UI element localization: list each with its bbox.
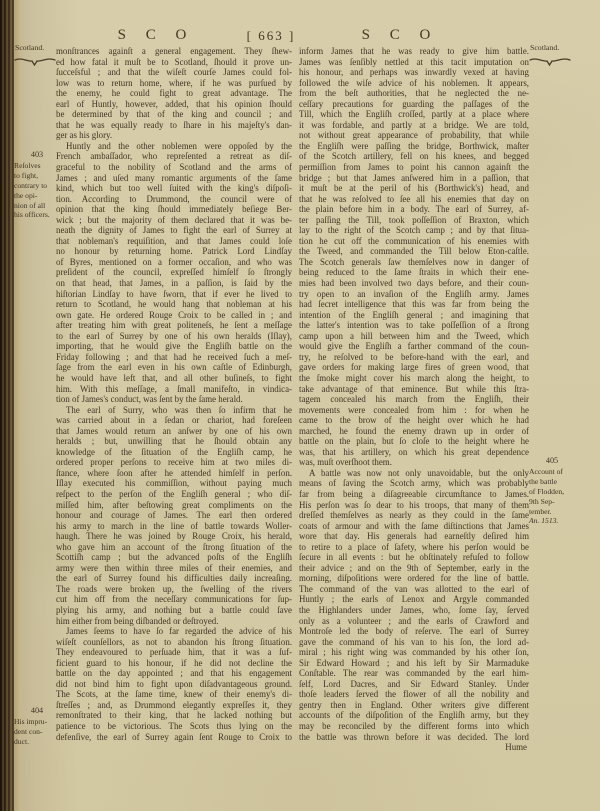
text-line: of Byres, mentioned on a former occaſion… [56, 257, 292, 268]
text-line: Till, which the Engliſh croſſed, partly … [299, 109, 529, 120]
text-line: tion of James's conduct, was ſent by the… [56, 394, 292, 405]
text-line: battle on the plain, but ſo cloſe to the… [299, 436, 529, 447]
text-line: movements were concealed from him : for … [299, 405, 529, 416]
text-line: They endeavoured to perſuade him, that i… [56, 647, 292, 658]
text-line: the earl of Surrey found his difficultie… [56, 573, 292, 584]
note-line: the opi- [14, 191, 60, 201]
note-number: 404 [14, 706, 60, 716]
text-line: haugh. There he was joined by Rouge Croi… [56, 531, 292, 542]
margin-note-403: 403Reſolvesto fight,contrary tothe opi-n… [14, 150, 60, 220]
text-line: ficient guard to his honour, if he did n… [56, 658, 292, 669]
text-line: ed how fatal it muſt be to Scotland, ſho… [56, 57, 292, 68]
text-line: try, he reſolved to be before-hand with … [299, 352, 529, 363]
text-line: ſecure in all events : but he obſtinatel… [299, 552, 529, 563]
left-margin: Scotland. 403Reſolvesto fight,contrary t… [12, 0, 60, 811]
text-line: on that head, that James, in a paſſion, … [56, 278, 292, 289]
text-line: ſelf, Lord Dacres, and Sir Edward Stanle… [299, 679, 529, 690]
text-line: Montroſe led the body of reſerve. The ea… [299, 626, 529, 637]
text-line: miſſed him, after beſtowing great compli… [56, 500, 292, 511]
text-line: was, that his artillery, on which his gr… [299, 447, 529, 458]
note-line: His impru- [14, 717, 60, 727]
text-line: only as a volunteer ; and the earls of C… [299, 616, 529, 627]
note-number: 403 [14, 150, 60, 160]
text-line: cut him off from the neceſſary communica… [56, 594, 292, 605]
text-line: the Tweed, and commanded the Till below … [299, 246, 529, 257]
text-line: James ; and uſed many romantic arguments… [56, 173, 292, 184]
text-line: ſtreſſes ; and, as Drummond elegantly ex… [56, 700, 292, 711]
text-line: marched, he found the enemy drawn up in … [299, 426, 529, 437]
text-line: from the beſt authorities, that he negle… [299, 88, 529, 99]
text-line: A battle was now not only unavoidable, b… [299, 468, 529, 479]
text-line: to retire to a place of ſafety, where hi… [299, 542, 529, 553]
text-line: neath the dignity of James to fight the … [56, 225, 292, 236]
text-line: the ſmoke might cover his march along th… [299, 373, 529, 384]
margin-note-404: 404His impru-dent con-duct. [14, 706, 60, 747]
text-line: accounts of the diſpoſition of the Engli… [299, 710, 529, 721]
text-line: The roads were broken up, the ſwelling o… [56, 584, 292, 595]
text-line: preſident of the council, expreſſed himſ… [56, 267, 292, 278]
text-line: may be reconciled by the different forms… [299, 721, 529, 732]
text-line: it muſt be at the peril of his (Borthwic… [299, 183, 529, 194]
text-line: he would have left that, and all other b… [56, 373, 292, 384]
text-line: honour and courage of James. The earl th… [56, 510, 292, 521]
text-line: low was to return home, where, if he was… [56, 78, 292, 89]
running-title-swash-icon [529, 54, 571, 72]
text-line: the Engliſh were paſſing the bridge, Bor… [299, 141, 529, 152]
note-number: 405 [529, 456, 575, 466]
running-label-left: Scotland. [15, 43, 44, 52]
text-line: knowledge of the ſituation of the Engliſ… [56, 447, 292, 458]
text-line: Huntly and the other noblemen were oppoſ… [56, 141, 292, 152]
text-line: wiſeſt counſellors, as not to abandon hi… [56, 637, 292, 648]
text-line: plying his army, and nothing but a battl… [56, 605, 292, 616]
text-line: intention of the Engliſh general ; and i… [299, 310, 529, 321]
text-line: that he was reſolved to ſee all his enem… [299, 194, 529, 205]
text-line: ceſſary precautions for guarding the paſ… [299, 99, 529, 110]
text-columns: monſtrances againſt a general engagement… [56, 46, 529, 742]
text-line: was carried about in a ſedan or chariot,… [56, 415, 292, 426]
text-line: no honour by returning home. Patrick Lor… [56, 246, 292, 257]
text-line: wick ; but the majority of them declared… [56, 215, 292, 226]
text-line: that nobleman's requiſition, and that Ja… [56, 236, 292, 247]
text-line: ſtance, where ſoon after he attended him… [56, 468, 292, 479]
text-column-right: inform James that he was ready to give h… [299, 46, 529, 742]
text-line: remonſtrated to their king, that he lack… [56, 710, 292, 721]
right-margin: Scotland. 405Account ofthe battleof Flod… [527, 0, 589, 811]
text-line: after treating him with great politeneſs… [56, 320, 292, 331]
text-line: tagem concealed his march from the Engli… [299, 394, 529, 405]
text-line: monſtrances againſt a general engagement… [56, 46, 292, 57]
text-line: army were then within three miles of the… [56, 563, 292, 574]
text-line: his army to march in the line of battle … [56, 521, 292, 532]
text-line: to the earl of Surrey by one of his own … [56, 331, 292, 342]
text-line: try open to an invaſion of the Engliſh a… [299, 289, 529, 300]
text-line: followed the wiſe advice of his noblemen… [299, 78, 529, 89]
text-line: Friday following ; and that had he recei… [56, 352, 292, 363]
text-line: it was fordable, and partly at a bridge.… [299, 120, 529, 131]
text-line: his honour, and perhaps was inwardly vex… [299, 67, 529, 78]
text-line: means of ſaving the Scotch army, which w… [299, 478, 529, 489]
text-line: the battle was thrown before it was deci… [299, 732, 529, 743]
text-line: inform James that he was ready to give h… [299, 46, 529, 57]
text-line: tion. According to Drummond, the council… [56, 194, 292, 205]
text-line: permiſſion from James to point his canno… [299, 162, 529, 173]
text-line: miral ; his right wing was commanded by … [299, 647, 529, 658]
text-line: dreſſed themſelves as nearly as they cou… [299, 510, 529, 521]
text-line: reſpect to the perſon of the Engliſh gen… [56, 489, 292, 500]
running-title-swash-icon [14, 54, 56, 72]
text-line: importing, that he would give the Engliſ… [56, 341, 292, 352]
text-line: The command of the van was allotted to t… [299, 584, 529, 595]
margin-note-405: 405Account ofthe battleof Flodden,9th Se… [529, 456, 575, 526]
text-line: of the Scotch artillery, fell on his kne… [299, 151, 529, 162]
text-line: the plain before him in a body. The earl… [299, 204, 529, 215]
text-line: morning, diſpoſitions were ordered for t… [299, 573, 529, 584]
text-line: the latter's intention was to take poſſe… [299, 320, 529, 331]
note-line: his officers. [14, 210, 60, 220]
text-line: earl of Huntly, however, added, that his… [56, 99, 292, 110]
text-line: that he was equally ready to ſhare in hi… [56, 120, 292, 131]
text-line: gentry then in England. Other writers gi… [299, 700, 529, 711]
note-line: Account of [529, 467, 575, 477]
running-label-right: Scotland. [530, 43, 559, 52]
text-line: The Scots, at the ſame time, knew of the… [56, 689, 292, 700]
note-line: nion of all [14, 201, 60, 211]
note-line: dent con- [14, 727, 60, 737]
text-line: The earl of Surry, who was then ſo infir… [56, 405, 292, 416]
note-line: duct. [14, 737, 60, 747]
text-line: being reduced to the ſame ſtraits in whi… [299, 267, 529, 278]
note-line: An. 1513. [529, 516, 575, 526]
text-line: him either from being diſbanded or deſtr… [56, 616, 292, 627]
text-line: that James would return an anſwer by one… [56, 426, 292, 437]
text-line: Huntly ; the earls of Lenox and Argyle c… [299, 594, 529, 605]
text-line: defenſive, the earl of Surrey again ſent… [56, 732, 292, 743]
text-line: bridge ; but that James anſwered him in … [299, 173, 529, 184]
text-line: came to the brow of the height over whic… [299, 415, 529, 426]
text-line: the enemy, he could fight to great advan… [56, 88, 292, 99]
text-line: The Scotch generals ſaw themſelves now i… [299, 257, 529, 268]
text-line: patience to be victorious. The Scots thu… [56, 721, 292, 732]
text-line: far from being a diſagreeable circumſtan… [299, 489, 529, 500]
text-line: not without great appearance of probabil… [299, 130, 529, 141]
text-line: tion he cut off the communication of his… [299, 236, 529, 247]
text-line: French ambaſſador, who repreſented a ret… [56, 151, 292, 162]
text-line: Conſtable. The rear was commanded by the… [299, 668, 529, 679]
text-line: coats of armour and with the ſame diſtin… [299, 521, 529, 532]
text-line: gave the command of his van to his ſon, … [299, 637, 529, 648]
text-line: opinion that the king ſhould immediately… [56, 204, 292, 215]
text-line: him. With this meſſage, a ſmall manifeſt… [56, 384, 292, 395]
text-line: Sir Edward Howard ; and his left by Sir … [299, 658, 529, 669]
text-line: gave orders for making large fires of gr… [299, 362, 529, 373]
text-line: would give the Engliſh a farther command… [299, 341, 529, 352]
text-line: Iſlay executed his commiſſion, without p… [56, 478, 292, 489]
text-line: kind, which but too well ſuited with the… [56, 183, 292, 194]
text-line: mies had been involved two days before, … [299, 278, 529, 289]
text-line: own gate. He ordered Rouge Croix to be c… [56, 310, 292, 321]
text-line: heralds ; but, unwilling that he ſhould … [56, 436, 292, 447]
text-line: return to Scotland, he would hang that n… [56, 299, 292, 310]
text-line: who gave him an account of the ſtrong ſi… [56, 542, 292, 553]
text-column-left: monſtrances againſt a general engagement… [56, 46, 292, 742]
text-line: thoſe leaders ſerved the flower of all t… [299, 689, 529, 700]
book-page: S C O [ 663 ] S C O Scotland. 403Reſolve… [0, 0, 600, 811]
text-line: Scottiſh camp ; but the advanced poſts o… [56, 552, 292, 563]
note-line: of Flodden, [529, 487, 575, 497]
text-line: ſage from the earl even in his own caſtl… [56, 362, 292, 373]
text-line: wore that day. His generals had earneſtl… [299, 531, 529, 542]
text-line: the Highlanders under James, who, ſome ſ… [299, 605, 529, 616]
text-line: ger as his glory. [56, 130, 292, 141]
note-line: to fight, [14, 171, 60, 181]
running-title-right: S C O [290, 27, 510, 44]
note-line: tember. [529, 507, 575, 517]
text-line: His perſon was ſo dear to his troops, th… [299, 500, 529, 511]
text-line: ter paſſing the Till, took poſſeſſion of… [299, 215, 529, 226]
text-line: take advantage of that eminence. But whi… [299, 384, 529, 395]
text-line: camp upon a hill between him and the Twe… [299, 331, 529, 342]
text-line: battle on the day appointed ; and that h… [56, 668, 292, 679]
text-line: did not bind him to fight upon diſadvant… [56, 679, 292, 690]
text-line: James was ſenſibly nettled at this tacit… [299, 57, 529, 68]
note-line: 9th Sep- [529, 497, 575, 507]
note-line: Reſolves [14, 161, 60, 171]
text-line: hiſtorian Lindſay to have ſworn, that if… [56, 289, 292, 300]
text-line: graceful to the nobility of Scotland and… [56, 162, 292, 173]
note-line: the battle [529, 477, 575, 487]
text-line: their advice ; and on the 9th of Septemb… [299, 563, 529, 574]
text-line: ſucceſsful ; and that the wiſeſt courſe … [56, 67, 292, 78]
text-line: ordered proper perſons to receive him at… [56, 457, 292, 468]
text-line: be determined by that of the king and co… [56, 109, 292, 120]
text-line: had ſecret intelligence that this was fa… [299, 299, 529, 310]
catchword: Hume [400, 742, 528, 752]
text-line: James ſeems to have ſo far regarded the … [56, 626, 292, 637]
text-line: was, muſt overſhoot them. [299, 457, 529, 468]
text-line: lay to the right of the Scotch camp ; an… [299, 225, 529, 236]
note-line: contrary to [14, 181, 60, 191]
